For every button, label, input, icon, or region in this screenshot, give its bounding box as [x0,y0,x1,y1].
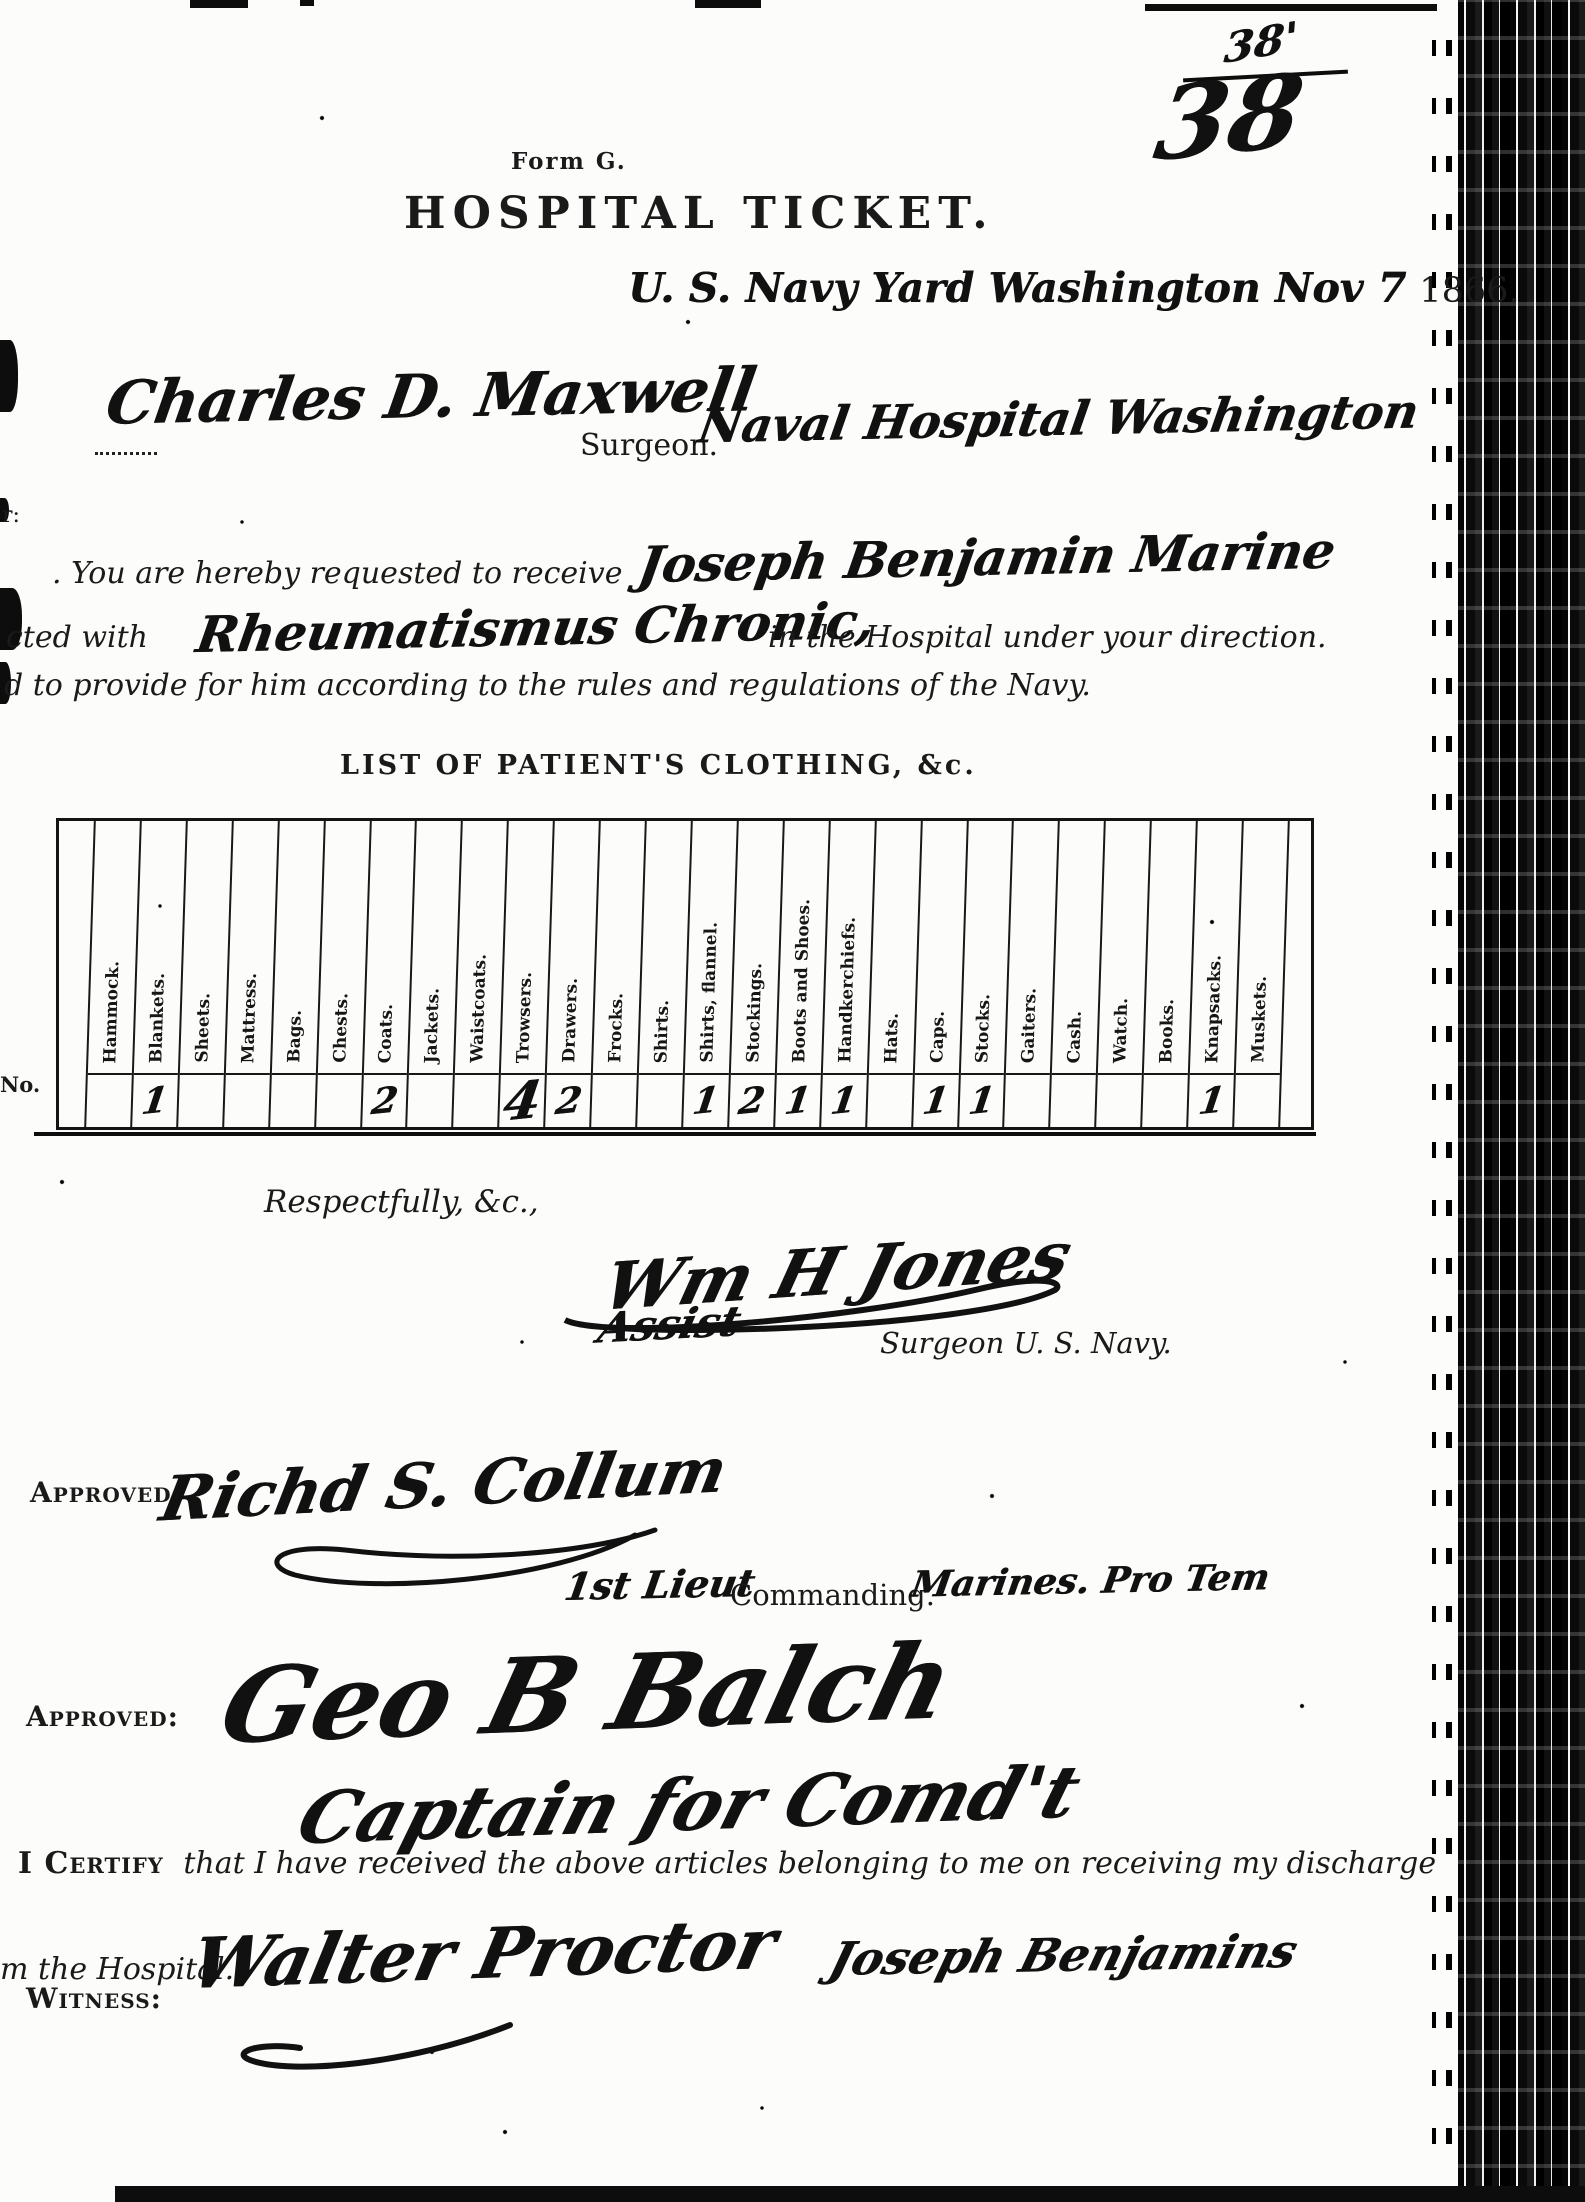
column-header: Drawers. [547,821,599,1073]
column-value-cell [454,1073,500,1127]
column-header: Muskets. [1236,821,1288,1073]
scan-blot [0,340,18,412]
scan-mark [300,0,314,6]
column-label: Bags. [284,1010,306,1063]
column-header: Frocks. [593,821,645,1073]
scan-mark [1145,4,1437,11]
column-label: Coats. [376,1004,398,1063]
column-value-cell: 1 [913,1073,959,1127]
witness-signature: Walter Proctor [184,1902,784,2005]
respectfully-line: Respectfully, &c., [264,1184,539,1220]
clothing-table-columns: Hammock. Blankets. 1 [54,821,1316,1127]
column-value-cell [1051,1073,1097,1127]
ledger-number-large: 38 [1148,51,1310,185]
column-value-cell: 4 [499,1073,545,1127]
column-header: Cash. [1052,821,1104,1073]
book-binding [1458,0,1585,2202]
column-header: Boots and Shoes. [777,821,829,1073]
date-handwritten: U. S. Navy Yard Washington Nov 7 [628,264,1406,312]
signature-flourish [230,2020,530,2080]
column-value-cell: 1 [775,1073,821,1127]
column-label: Jackets. [422,988,444,1063]
certify-text: that I have received the above articles … [183,1846,1436,1881]
column-value-handwritten: 2 [369,1079,400,1123]
column-header: Jackets. [409,821,461,1073]
column-header: Bags. [272,821,324,1073]
approver1-rank-suffix: Marines. Pro Tem [908,1556,1272,1605]
column-value-cell: 1 [132,1073,178,1127]
column-header: Coats. [363,821,415,1073]
column-label: Cash. [1065,1011,1087,1063]
column-label: Stockings. [743,963,766,1063]
column-value-cell [1096,1073,1142,1127]
column-header: Blankets. [134,821,186,1073]
column-header: Shirts. [639,821,691,1073]
body-line2-suffix: in the Hospital under your direction. [768,620,1327,655]
column-label: Muskets. [1248,976,1271,1063]
column-label: Shirts, flannel. [697,922,721,1063]
scanned-hospital-ticket-page: 38' 38 Form G. HOSPITAL TICKET. U. S. Na… [0,0,1585,2202]
certification-line: I Certify that I have received the above… [18,1846,1436,1881]
column-label: Gaiters. [1019,988,1041,1063]
table-double-rule [34,1132,1316,1136]
column-label: Chests. [330,993,352,1063]
surgeon-title: Surgeon U. S. Navy. [880,1326,1172,1360]
column-value-cell [867,1073,913,1127]
column-value-handwritten: 1 [920,1079,951,1123]
column-value-cell [408,1073,454,1127]
column-value-cell: 1 [683,1073,729,1127]
column-header: Handkerchiefs. [823,821,875,1073]
column-value-cell [1005,1073,1051,1127]
column-value-cell: 1 [821,1073,867,1127]
column-header: Hats. [869,821,921,1073]
column-value-handwritten: 1 [828,1079,859,1123]
addressee-name: Charles D. Maxwell [101,355,760,439]
column-value-cell: 2 [362,1073,408,1127]
column-value-cell [637,1073,683,1127]
column-header: Watch. [1098,821,1150,1073]
column-header: Chests. [317,821,369,1073]
column-value-handwritten: 2 [736,1079,767,1123]
column-label: Books. [1156,999,1178,1063]
column-value-cell: 1 [1188,1073,1234,1127]
column-value-cell [591,1073,637,1127]
column-header: Books. [1144,821,1196,1073]
surgeon-signature-sub: Assist [593,1296,745,1352]
clothing-table-column: Muskets. [1232,821,1290,1127]
approver1-rank-handwritten: 1st Lieut [561,1560,758,1609]
column-label: Mattress. [238,973,261,1063]
column-value-cell: 2 [545,1073,591,1127]
column-value-handwritten: 1 [1195,1079,1226,1123]
approver1-rank-printed: Commanding. [730,1578,935,1612]
approver1-signature: Richd S. Collum [155,1433,733,1535]
column-label: Waistcoats. [468,954,491,1063]
patient-signature: Joseph Benjamins [824,1924,1304,1986]
scan-dotted-mark [95,452,157,455]
table-row-label: No. [0,1072,40,1097]
body-line3: d to provide for him according to the ru… [4,668,1091,703]
column-value-cell [1234,1073,1280,1127]
witness-label: Witness: [26,1982,162,2015]
column-label: Boots and Shoes. [789,899,814,1063]
body-line2-prefix: cted with [6,620,148,655]
certify-prefix: I Certify [18,1846,164,1881]
patient-name-handwritten: Joseph Benjamin Marine [634,521,1339,595]
column-label: Trowsers. [513,972,536,1063]
date-line: U. S. Navy Yard Washington Nov 7 1866. [628,264,1520,312]
column-label: Handkerchiefs. [835,917,860,1063]
column-value-cell [1142,1073,1188,1127]
column-label: Shirts. [651,1000,673,1063]
column-label: Sheets. [192,993,214,1063]
column-value-cell [316,1073,362,1127]
scan-mark [695,0,761,8]
page-title: HOSPITAL TICKET. [404,188,995,239]
column-header: Knapsacks. [1190,821,1242,1073]
column-value-handwritten: 1 [966,1079,997,1123]
column-header: Trowsers. [501,821,553,1073]
approved-label-2: Approved: [26,1700,179,1733]
scan-mark [115,2186,1585,2202]
left-margin-fragment: r: [2,503,20,528]
column-label: Stocks. [973,994,995,1063]
approver2-rank: Captain for Comd't [289,1749,1090,1861]
column-value-handwritten: 1 [139,1079,170,1123]
column-label: Caps. [927,1011,949,1063]
column-label: Frocks. [605,993,627,1063]
form-number-label: Form G. [511,148,627,175]
column-header: Shirts, flannel. [685,821,737,1073]
column-label: Knapsacks. [1202,955,1225,1063]
column-value-cell: 2 [729,1073,775,1127]
column-header: Waistcoats. [455,821,507,1073]
date-printed-year: 1866. [1419,271,1519,311]
column-header: Hammock. [88,821,140,1073]
column-header: Mattress. [226,821,278,1073]
column-label: Hats. [881,1013,903,1063]
column-value-handwritten: 1 [782,1079,813,1123]
column-label: Drawers. [559,978,582,1063]
column-label: Watch. [1110,998,1132,1063]
body-line1-printed: . You are hereby requested to receive [52,556,622,591]
column-label: Blankets. [146,973,169,1063]
column-value-cell [178,1073,224,1127]
column-header: Stockings. [731,821,783,1073]
column-header: Stocks. [960,821,1012,1073]
column-header: Gaiters. [1006,821,1058,1073]
clothing-list-heading: LIST OF PATIENT'S CLOTHING, &c. [340,750,977,781]
column-value-handwritten: 1 [690,1079,721,1123]
column-value-cell [224,1073,270,1127]
column-value-cell [86,1073,132,1127]
scan-mark [190,0,248,8]
column-header: Caps. [914,821,966,1073]
column-value-cell: 1 [959,1073,1005,1127]
column-value-cell [270,1073,316,1127]
column-label: Hammock. [100,961,123,1063]
page-edge-shadow [1446,0,1452,2202]
column-value-handwritten: 2 [552,1079,583,1123]
approver2-signature: Geo B Balch [209,1620,965,1768]
column-header: Sheets. [180,821,232,1073]
column-value-handwritten: 4 [500,1069,545,1133]
addressee-station: Naval Hospital Washington [694,385,1422,455]
clothing-table: Hammock. Blankets. 1 [56,818,1314,1130]
